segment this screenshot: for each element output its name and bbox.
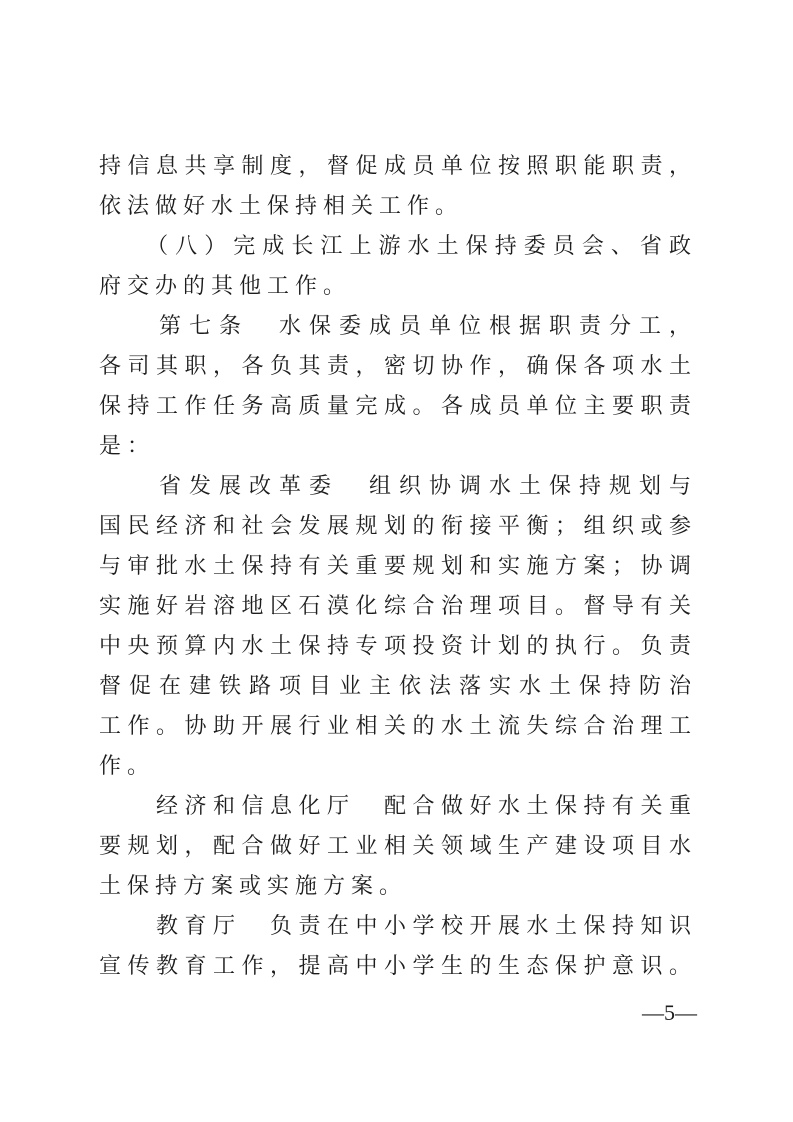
text-line: 是：: [99, 426, 697, 466]
text-line: 与审批水土保持有关重要规划和实施方案；协调: [99, 546, 697, 586]
text-line: 要规划，配合做好工业相关领域生产建设项目水: [99, 826, 697, 866]
text-line: 保持工作任务高质量完成。各成员单位主要职责: [99, 386, 697, 426]
document-text-block: 持信息共享制度，督促成员单位按照职能职责， 依法做好水土保持相关工作。 （八）完…: [99, 146, 697, 986]
text-line: 第七条 水保委成员单位根据职责分工，: [99, 306, 697, 346]
text-line: 工作。协助开展行业相关的水土流失综合治理工: [99, 706, 697, 746]
text-line: 经济和信息化厅 配合做好水土保持有关重: [99, 786, 697, 826]
text-line: 府交办的其他工作。: [99, 266, 697, 306]
text-line: 中央预算内水土保持专项投资计划的执行。负责: [99, 626, 697, 666]
text-line: 督促在建铁路项目业主依法落实水土保持防治: [99, 666, 697, 706]
text-line: 持信息共享制度，督促成员单位按照职能职责，: [99, 146, 697, 186]
text-line: （八）完成长江上游水土保持委员会、省政: [99, 226, 697, 266]
text-line: 作。: [99, 746, 697, 786]
document-page: 持信息共享制度，督促成员单位按照职能职责， 依法做好水土保持相关工作。 （八）完…: [0, 0, 793, 1122]
text-line: 依法做好水土保持相关工作。: [99, 186, 697, 226]
text-line: 国民经济和社会发展规划的衔接平衡；组织或参: [99, 506, 697, 546]
text-line: 教育厅 负责在中小学校开展水土保持知识: [99, 906, 697, 946]
text-line: 实施好岩溶地区石漠化综合治理项目。督导有关: [99, 586, 697, 626]
text-line: 省发展改革委 组织协调水土保持规划与: [99, 466, 697, 506]
text-line: 土保持方案或实施方案。: [99, 866, 697, 906]
page-number: —5—: [99, 997, 697, 1029]
text-line: 各司其职，各负其责，密切协作，确保各项水土: [99, 346, 697, 386]
text-line: 宣传教育工作，提高中小学生的生态保护意识。: [99, 946, 697, 986]
